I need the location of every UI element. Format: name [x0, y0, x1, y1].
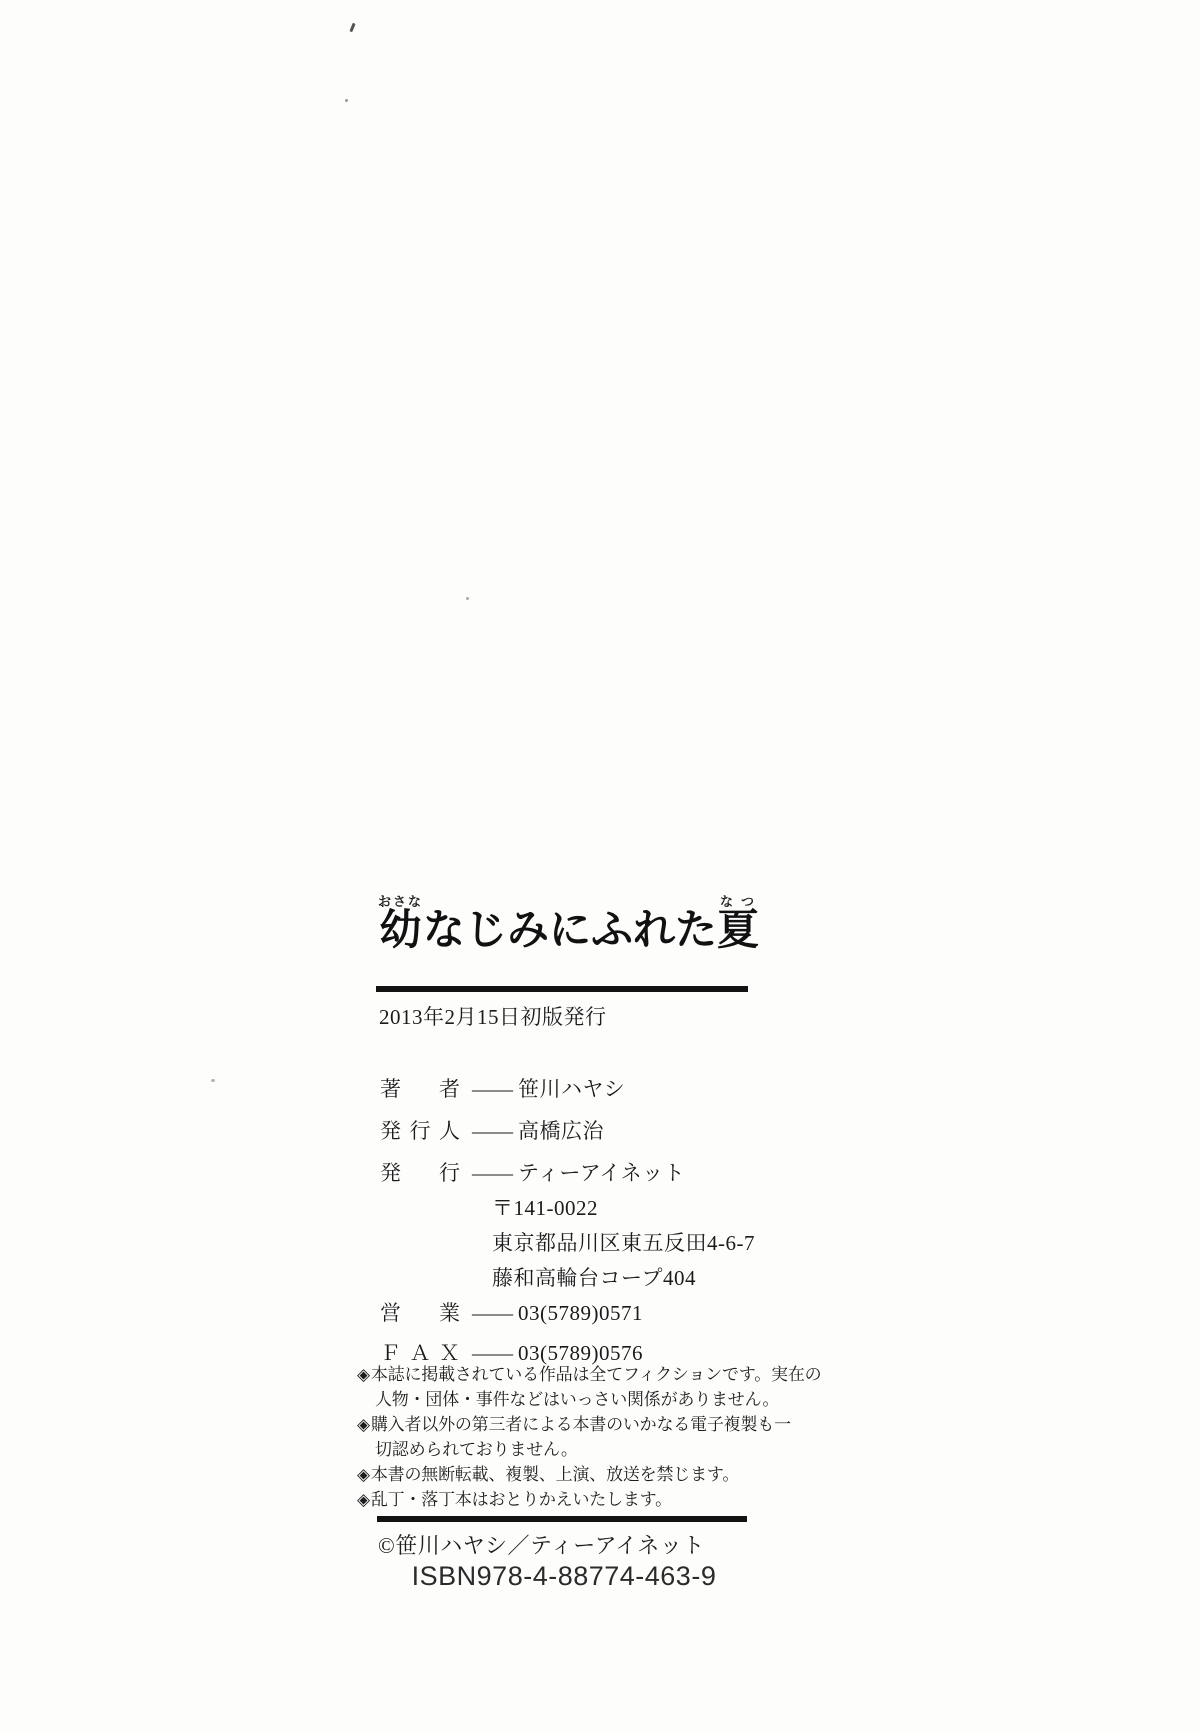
address-line-2: 藤和高輪台コープ404 [492, 1262, 696, 1292]
address-line-1: 東京都品川区東五反田4-6-7 [492, 1227, 755, 1257]
notice-text: 本書の無断転載、複製、上演、放送を禁じます。 [371, 1465, 739, 1484]
title-kanji: 幼 [378, 908, 423, 954]
title-kanji: 夏 [717, 908, 759, 954]
title-furigana: なつ [717, 894, 759, 909]
contact-label: 営 業 [380, 1297, 460, 1327]
credit-value: ティーアイネット [518, 1157, 685, 1187]
contact-phone: 03(5789)0571 [518, 1301, 643, 1326]
scan-speck [345, 99, 348, 102]
credit-row-imprint: 発 行 ―― ティーアイネット [380, 1157, 685, 1187]
title-segment-middle: なじみにふれた [423, 908, 717, 954]
colophon-page: 幼おさななじみにふれた夏なつ 2013年2月15日初版発行 著 者 ―― 笹川ハ… [0, 0, 1200, 1734]
copyright-line: ©笹川ハヤシ／ティーアイネット [378, 1529, 705, 1560]
scan-speck [466, 597, 469, 600]
scan-speck [349, 23, 355, 32]
book-title: 幼おさななじみにふれた夏なつ [378, 894, 759, 952]
notice-reprint: ◈本書の無断転載、複製、上演、放送を禁じます。 [357, 1462, 829, 1487]
isbn-number: ISBN978-4-88774-463-9 [378, 1561, 750, 1592]
contact-row-sales: 営 業 ―― 03(5789)0571 [380, 1297, 643, 1327]
diamond-bullet-icon: ◈ [357, 1465, 370, 1484]
credit-label: 著 者 [380, 1073, 460, 1103]
credit-label: 発行人 [380, 1115, 460, 1145]
credit-row-publisher: 発行人 ―― 高橋広治 [380, 1115, 604, 1145]
postal-code: 〒141-0022 [492, 1192, 598, 1222]
credit-label: 発 行 [380, 1157, 460, 1187]
title-furigana: おさな [378, 894, 423, 909]
notice-copy-line-2: 切認められておりません。 [357, 1437, 829, 1462]
scan-speck [211, 1079, 215, 1082]
dash-leader: ―― [472, 1301, 514, 1326]
footer-divider-rule [377, 1516, 747, 1522]
diamond-bullet-icon: ◈ [357, 1415, 370, 1434]
dash-leader: ―― [472, 1119, 514, 1144]
diamond-bullet-icon: ◈ [357, 1490, 370, 1509]
notice-defect: ◈乱丁・落丁本はおとりかえいたします。 [357, 1487, 829, 1512]
dash-leader: ―― [472, 1077, 514, 1102]
legal-notices: ◈本誌に掲載されている作品は全てフィクションです。実在の 人物・団体・事件などは… [357, 1362, 829, 1512]
credit-value: 高橋広治 [518, 1115, 604, 1145]
notice-fiction-line-2: 人物・団体・事件などはいっさい関係がありません。 [357, 1387, 829, 1412]
edition-date: 2013年2月15日初版発行 [379, 1001, 607, 1031]
notice-text: 購入者以外の第三者による本書のいかなる電子複製も一 [371, 1415, 791, 1434]
credit-value: 笹川ハヤシ [518, 1073, 625, 1103]
notice-text: 乱丁・落丁本はおとりかえいたします。 [371, 1490, 672, 1509]
title-segment-natsu: 夏なつ [717, 908, 759, 954]
notice-fiction-line-1: ◈本誌に掲載されている作品は全てフィクションです。実在の [357, 1362, 829, 1387]
title-segment-osana: 幼おさな [378, 908, 423, 954]
notice-copy-line-1: ◈購入者以外の第三者による本書のいかなる電子複製も一 [357, 1412, 829, 1437]
credit-row-author: 著 者 ―― 笹川ハヤシ [380, 1073, 625, 1103]
notice-text: 本誌に掲載されている作品は全てフィクションです。実在の [371, 1365, 822, 1384]
dash-leader: ―― [472, 1161, 514, 1186]
title-divider-rule [376, 986, 748, 992]
diamond-bullet-icon: ◈ [357, 1365, 370, 1384]
title-kana: なじみにふれた [423, 908, 717, 954]
